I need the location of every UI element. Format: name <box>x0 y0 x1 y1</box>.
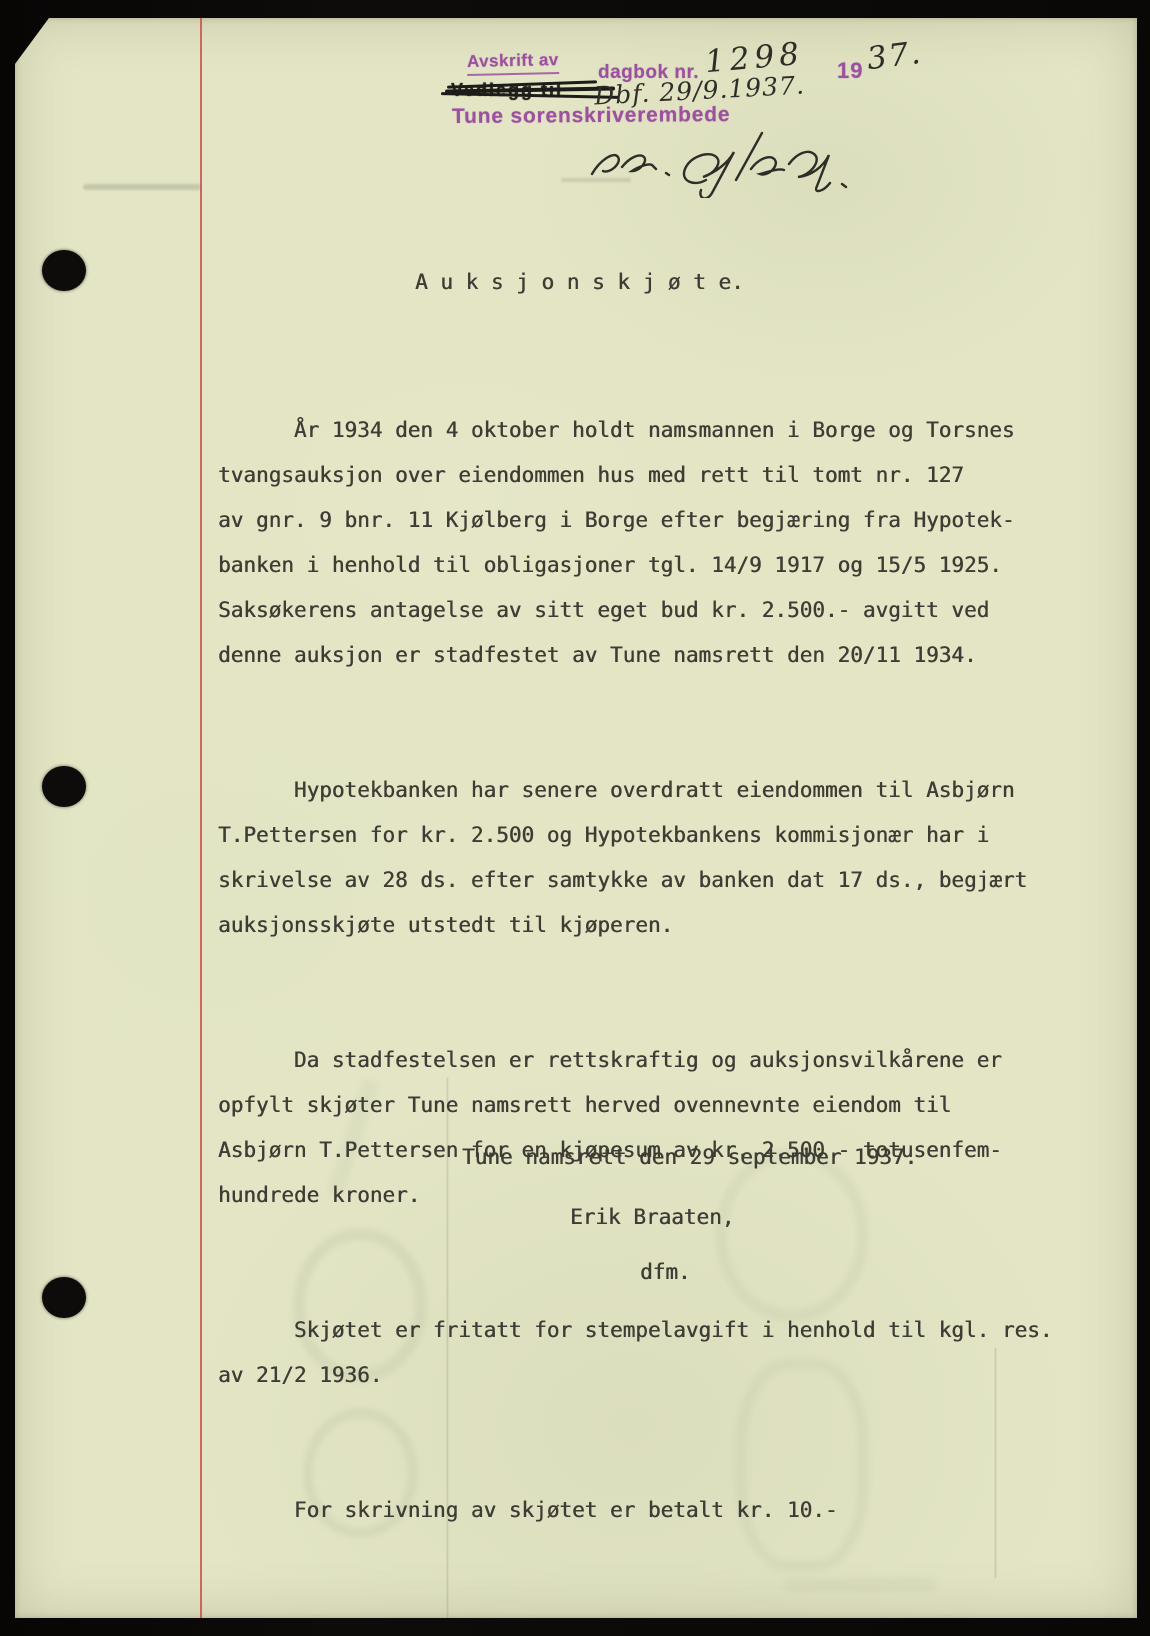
closing-signer-name: Erik Braaten, <box>570 1195 734 1240</box>
paragraph: For skrivning av skjøtet er betalt kr. 1… <box>218 1488 1058 1533</box>
copy-stamp: Avskrift av <box>467 50 559 76</box>
scan-background: Avskrift av dagbok nr. 1298 19 37. Vedle… <box>0 0 1150 1636</box>
faded-mark <box>83 184 201 190</box>
document-body: År 1934 den 4 oktober holdt namsmannen i… <box>218 318 1058 1623</box>
paper-sheet: Avskrift av dagbok nr. 1298 19 37. Vedle… <box>15 18 1137 1618</box>
punch-hole-middle <box>42 766 86 807</box>
crossed-out-stamp: Vedlegg til <box>451 80 611 101</box>
document-title: A u k s j o n s k j ø t e. <box>415 260 744 305</box>
closing-place-date: Tune namsrett den 29 september 1937. <box>462 1135 917 1180</box>
year-stamp: 19 <box>837 58 863 84</box>
punch-hole-top <box>42 250 86 291</box>
paragraph: År 1934 den 4 oktober holdt namsmannen i… <box>218 408 1058 678</box>
paragraph: Da stadfestelsen er rettskraftig og auks… <box>218 1038 1058 1218</box>
paragraph: Skjøtet er fritatt for stempelavgift i h… <box>218 1308 1058 1398</box>
red-margin-line <box>200 18 202 1618</box>
clerk-signature-scribble <box>570 120 860 198</box>
paragraph: Hypotekbanken har senere overdratt eiend… <box>218 768 1058 948</box>
punch-hole-bottom <box>42 1277 86 1318</box>
year-handwritten: 37. <box>865 35 924 77</box>
closing-signer-title: dfm. <box>640 1250 691 1295</box>
